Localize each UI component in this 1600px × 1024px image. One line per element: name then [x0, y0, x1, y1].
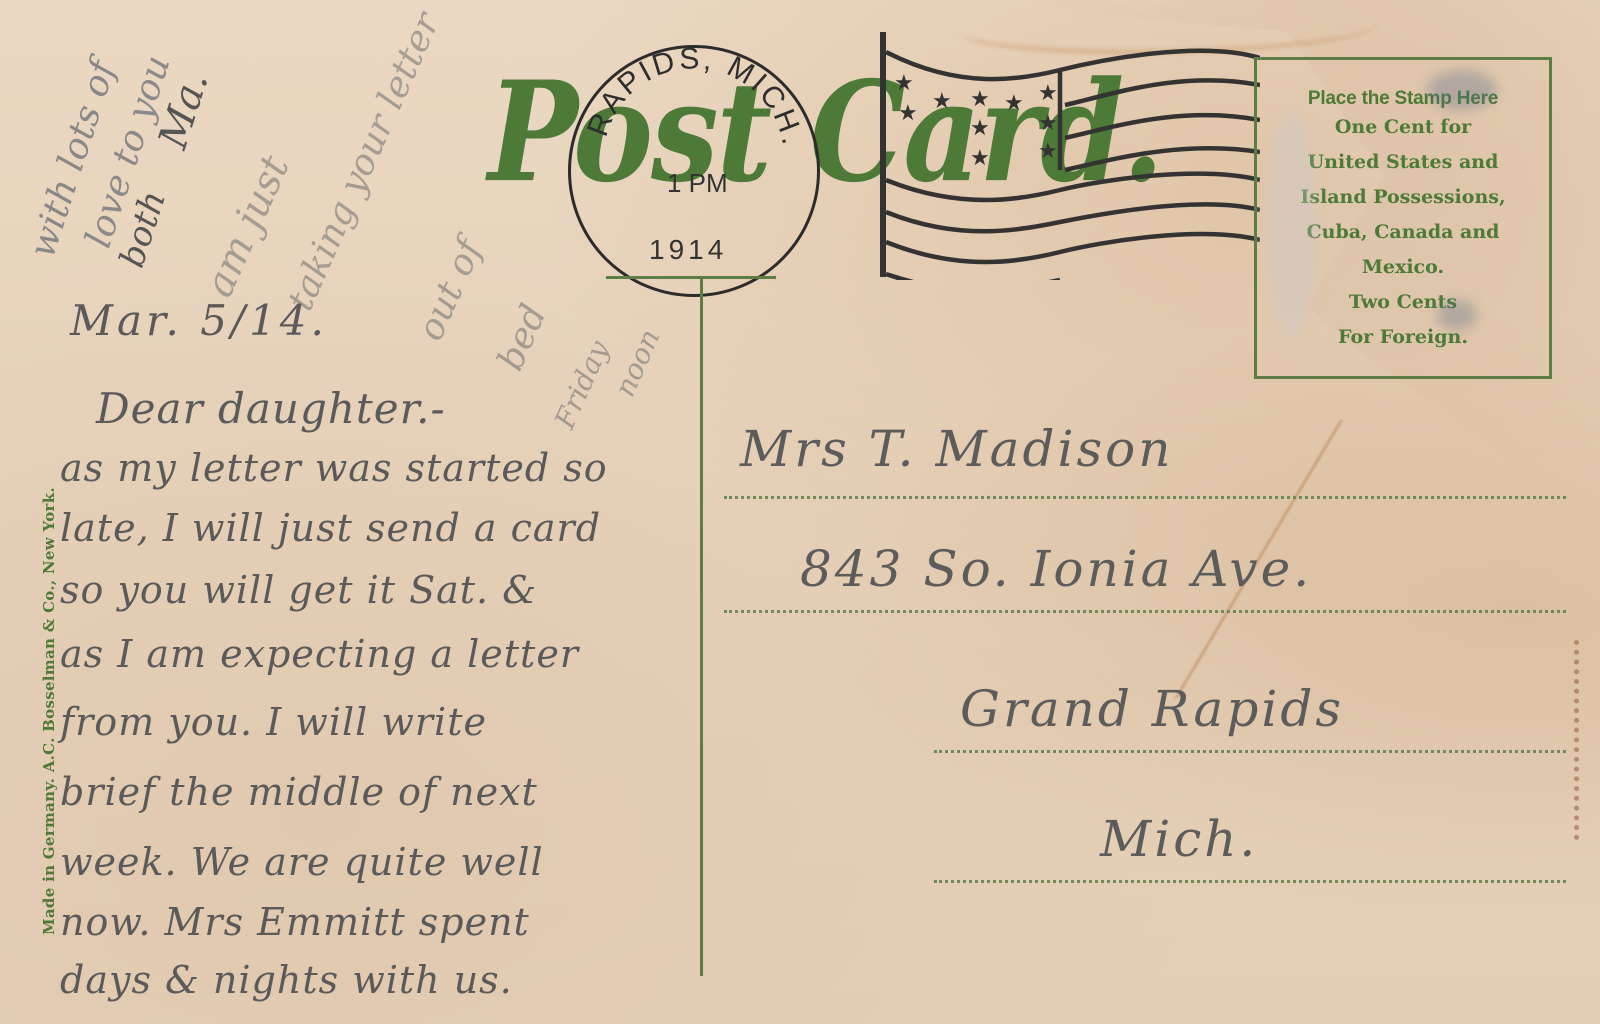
address-state: Mich. [1100, 810, 1258, 868]
svg-text:★: ★ [894, 71, 914, 96]
address-city: Grand Rapids [960, 680, 1344, 738]
address-street: 843 So. Ionia Ave. [800, 540, 1312, 598]
pencil-note: bed [490, 298, 555, 376]
svg-text:★: ★ [1038, 139, 1058, 164]
divider-cap [606, 276, 776, 279]
message-line: from you. I will write [60, 700, 487, 744]
svg-text:★: ★ [1038, 111, 1058, 136]
postmark-year: 1914 [649, 234, 727, 266]
message-line: days & nights with us. [60, 958, 513, 1002]
svg-text:★: ★ [1038, 81, 1058, 106]
perforation-marks [1574, 640, 1585, 840]
pencil-note: out of [410, 233, 490, 346]
stamp-heading: Place the Stamp Here [1257, 88, 1549, 110]
address-rule [724, 496, 1566, 499]
message-line: week. We are quite well [60, 840, 544, 884]
message-date: Mar. 5/14. [70, 296, 328, 345]
pencil-note: Friday [548, 336, 616, 434]
address-name: Mrs T. Madison [740, 420, 1173, 478]
message-line: late, I will just send a card [60, 506, 601, 550]
pencil-note: noon [608, 324, 667, 401]
svg-text:★: ★ [1004, 91, 1024, 116]
svg-text:★: ★ [898, 101, 918, 126]
flag-cancel-icon: ★★★★★ ★★★ ★★ [880, 30, 1260, 280]
ink-smudge [1267, 110, 1317, 340]
message-line: so you will get it Sat. & [60, 568, 537, 612]
svg-text:RAPIDS, MICH.: RAPIDS, MICH. [581, 45, 809, 150]
stamp-placement-box: Place the Stamp Here One Cent for United… [1254, 57, 1552, 379]
message-salutation: Dear daughter.- [96, 384, 446, 433]
postmark-time: 1 PM [667, 168, 728, 199]
message-line: now. Mrs Emmitt spent [60, 900, 530, 944]
postcard-back: Post Card. RAPIDS, MICH. 1 PM 1914 [0, 0, 1600, 1024]
address-rule [934, 880, 1566, 883]
address-rule [724, 610, 1566, 613]
message-line: as I am expecting a letter [60, 632, 579, 676]
ink-smudge [1437, 300, 1477, 330]
publisher-imprint: Made in Germany. A.C. Bosselman & Co., N… [40, 487, 58, 935]
svg-text:★: ★ [970, 146, 990, 171]
svg-text:★: ★ [970, 87, 990, 112]
svg-text:★: ★ [970, 116, 990, 141]
postmark: RAPIDS, MICH. 1 PM 1914 [568, 45, 820, 297]
message-line: brief the middle of next [60, 770, 538, 814]
message-address-divider [700, 276, 703, 976]
address-rule [934, 750, 1566, 753]
message-line: as my letter was started so [60, 446, 608, 490]
pencil-note: am just [196, 149, 299, 304]
pencil-note: taking your letter [280, 7, 448, 317]
ink-smudge [1427, 70, 1497, 110]
svg-text:★: ★ [932, 89, 952, 114]
